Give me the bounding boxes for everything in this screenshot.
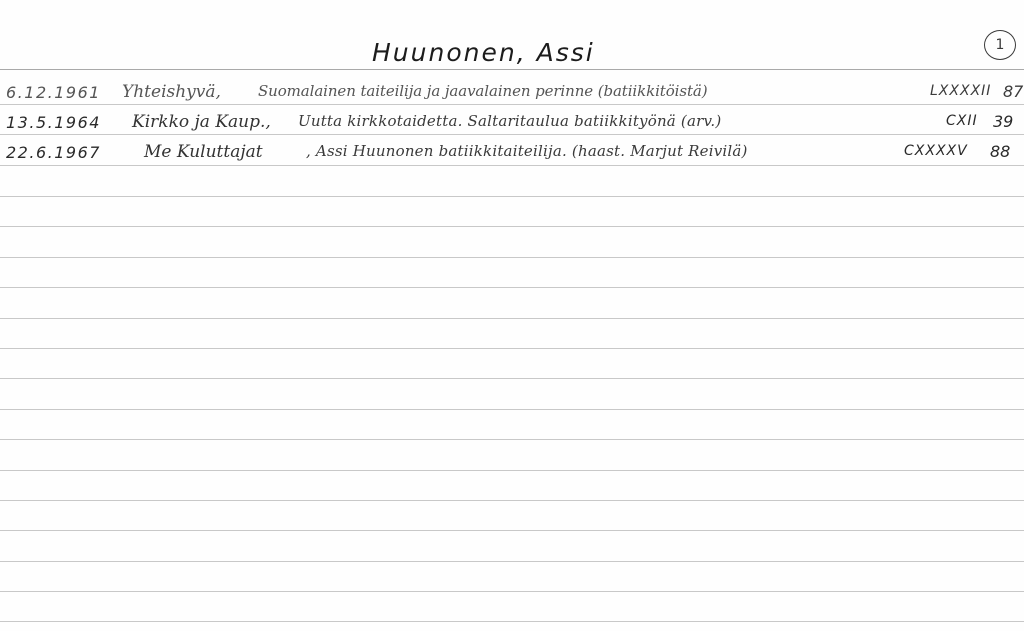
card-entry: 6.12.1961 Yhteishyvä, Suomalainen taitei… [0,79,1024,107]
entry-publication: Yhteishyvä, [122,82,221,102]
entry-volume: LXXXXII [930,83,991,99]
entry-volume: CXII [946,113,978,129]
ruled-line [0,378,1024,379]
ruled-line [0,318,1024,319]
ruled-line [0,621,1024,622]
ruled-line [0,530,1024,531]
entry-publication: Me Kuluttajat [144,142,263,162]
ruled-line [0,196,1024,197]
entry-page: 39 [993,112,1013,131]
card-entry: 22.6.1967 Me Kuluttajat , Assi Huunonen … [0,139,1024,167]
ruled-line [0,287,1024,288]
entry-volume: CXXXXV [904,143,968,159]
entry-description: Uutta kirkkotaidetta. Saltaritaulua bati… [298,112,721,130]
ruled-line [0,591,1024,592]
entry-date: 6.12.1961 [6,83,101,102]
entry-description: Suomalainen taiteilija ja jaavalainen pe… [258,82,707,100]
card-number: 1 [996,37,1005,53]
ruled-line [0,257,1024,258]
entry-date: 13.5.1964 [6,113,101,132]
entry-page: 88 [990,142,1010,161]
entry-publication: Kirkko ja Kaup., [132,112,271,132]
ruled-line [0,409,1024,410]
entry-page: 87 [1003,82,1023,101]
header-rule [0,69,1024,70]
ruled-line [0,500,1024,501]
ruled-line [0,470,1024,471]
card-title: Huunonen, Assi [372,38,595,67]
card-number-circle: 1 [984,30,1016,60]
ruled-line [0,561,1024,562]
entry-description: , Assi Huunonen batiikkitaiteilija. (haa… [306,142,748,160]
entry-date: 22.6.1967 [6,143,101,162]
ruled-line [0,348,1024,349]
ruled-line [0,439,1024,440]
card-entry: 13.5.1964 Kirkko ja Kaup., Uutta kirkkot… [0,109,1024,137]
ruled-line [0,226,1024,227]
index-card: Huunonen, Assi 1 6.12.1961 Yhteishyvä, S… [0,0,1024,631]
